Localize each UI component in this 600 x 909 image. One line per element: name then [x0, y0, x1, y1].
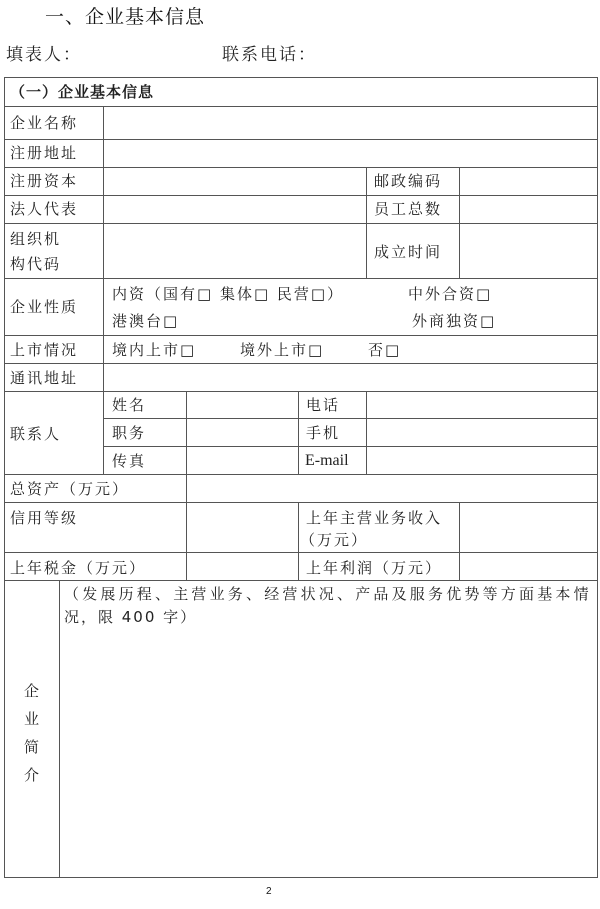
label-taxes: 上年税金（万元）: [10, 558, 146, 578]
label-founded: 成立时间: [374, 242, 442, 262]
label-credit-rating: 信用等级: [10, 508, 78, 528]
section-title: 一、企业基本信息: [45, 2, 205, 29]
taxes-field[interactable]: [189, 554, 297, 579]
label-listing: 上市情况: [10, 340, 78, 360]
label-main-revenue-2: （万元）: [300, 530, 368, 550]
founded-field[interactable]: [462, 225, 596, 277]
org-code-field[interactable]: [106, 225, 364, 277]
label-contact-phone: 电话: [306, 395, 340, 415]
label-contact-name: 姓名: [112, 395, 146, 415]
label-reg-address: 注册地址: [10, 143, 78, 163]
intro-hint-line1: （发展历程、主营业务、经营状况、产品及服务优势等方面基本情: [64, 584, 592, 604]
table-header: （一）企业基本信息: [10, 82, 154, 102]
page-number: 2: [266, 886, 272, 897]
filler-label: 填表人：: [6, 40, 82, 65]
nature-hk-macau-tw-option[interactable]: 港澳台□: [112, 311, 179, 331]
reg-address-field[interactable]: [106, 141, 596, 166]
total-assets-field[interactable]: [189, 476, 596, 501]
label-total-assets: 总资产（万元）: [10, 479, 129, 499]
label-intro-1: 企: [24, 681, 41, 701]
label-contact-fax: 传真: [112, 451, 146, 471]
contact-email-field[interactable]: [369, 448, 596, 473]
legal-rep-field[interactable]: [106, 197, 364, 222]
label-employees: 员工总数: [374, 199, 442, 219]
nature-sino-foreign-option[interactable]: 中外合资□: [408, 284, 492, 304]
contact-phone-field[interactable]: [369, 393, 596, 417]
label-org-code-1: 组织机: [10, 229, 61, 249]
postcode-field[interactable]: [462, 169, 596, 194]
main-revenue-field[interactable]: [462, 504, 596, 551]
label-intro-4: 介: [24, 765, 41, 785]
nature-domestic-option[interactable]: 内资（国有□ 集体□ 民营□）: [112, 284, 344, 304]
reg-capital-field[interactable]: [106, 169, 364, 194]
phone-label: 联系电话：: [222, 40, 317, 65]
label-profit: 上年利润（万元）: [306, 558, 442, 578]
mail-address-field[interactable]: [106, 365, 596, 390]
label-contact-title: 职务: [112, 423, 146, 443]
listing-no-option[interactable]: 否□: [368, 340, 401, 360]
label-intro-3: 简: [24, 737, 41, 757]
label-org-code-2: 构代码: [10, 254, 61, 274]
contact-mobile-field[interactable]: [369, 420, 596, 445]
listing-domestic-option[interactable]: 境内上市□: [112, 340, 196, 360]
label-legal-rep: 法人代表: [10, 199, 78, 219]
contact-title-field[interactable]: [189, 420, 297, 445]
company-name-field[interactable]: [106, 108, 596, 138]
credit-rating-field[interactable]: [189, 504, 297, 551]
label-mail-address: 通讯地址: [10, 368, 78, 388]
intro-hint-line2: 况，限 400 字）: [64, 607, 197, 627]
label-main-revenue-1: 上年主营业务收入: [306, 508, 442, 528]
label-contact-mobile: 手机: [306, 423, 340, 443]
label-contact-email: E-mail: [305, 451, 349, 471]
contact-fax-field[interactable]: [189, 448, 297, 473]
label-contact: 联系人: [10, 424, 61, 444]
label-nature: 企业性质: [10, 297, 78, 317]
profit-field[interactable]: [462, 554, 596, 579]
label-company-name: 企业名称: [10, 113, 78, 133]
contact-name-field[interactable]: [189, 393, 297, 417]
intro-text-area[interactable]: [62, 630, 596, 876]
nature-foreign-sole-option[interactable]: 外商独资□: [412, 311, 496, 331]
label-reg-capital: 注册资本: [10, 171, 78, 191]
label-intro-2: 业: [24, 709, 41, 729]
listing-overseas-option[interactable]: 境外上市□: [240, 340, 324, 360]
employees-field[interactable]: [462, 197, 596, 222]
label-postcode: 邮政编码: [374, 171, 442, 191]
